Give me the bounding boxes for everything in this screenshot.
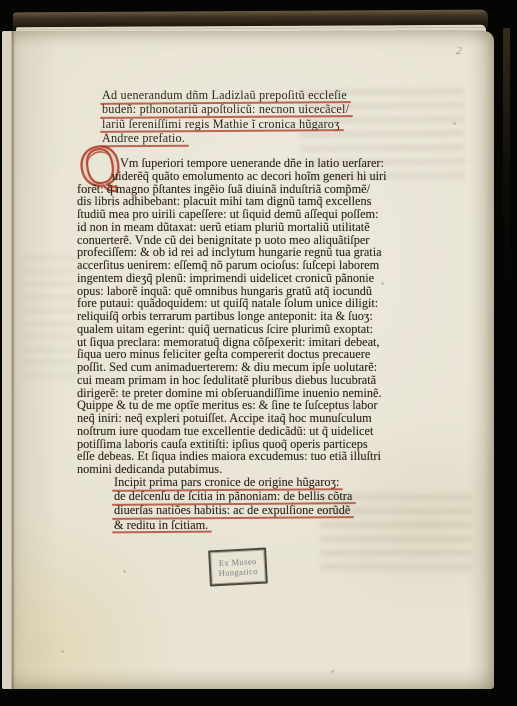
ghost-showthrough [22,256,77,386]
text-line: Incipit prima pars cronice de origine hũ… [114,475,352,489]
text-line: & reditu in ſcitiam. [114,518,352,532]
text-line: Andree prefatio. [102,131,349,145]
text-line: qualem uitam egerint: quiq̃ uernaticus ſ… [77,323,387,336]
text-line: uiderẽq̃ quãto emolumento ac decori hoĩm… [77,170,387,183]
text-line: lariũ ſereniſſimi regis Mathie ĩ cronica… [102,117,349,131]
text-line: de deſcenſu de ſcitia in pãnoniam: de be… [114,489,352,503]
text-line: id non in meam dũtaxat: uerũ etiam pluri… [77,221,387,234]
incipit-heading: Incipit prima pars cronice de origine hũ… [114,475,352,532]
text-line: noſtrum iure quodam tue excellentie dedi… [77,425,387,438]
folio-number: 2 [455,45,462,58]
stamp-text-line2: Hungarico [218,566,258,578]
book-cover-right-edge [503,28,510,288]
dedication-heading: Ad uenerandum dñm Ladizlaũ prepoſitũ ecc… [102,88,349,145]
body-text: Vm ſuperiori tempore uenerande dñe in la… [77,157,387,476]
text-line: ſtudiũ mea pro uirili capeſſere: ut ſiqu… [77,208,387,221]
paper-specks [2,31,3,32]
text-line: diuerſas natiões habitis: ac de expulſio… [114,503,352,517]
library-stamp: Ex Museo Hungarico [208,548,268,587]
text-line: ingentem dieʒq̃ plenũ: imprimendi uideli… [77,272,387,285]
photo-background: 2 Ad uenerandum dñm Ladizlaũ prepoſitũ e… [0,0,517,706]
text-line: Vm ſuperiori tempore uenerande dñe in la… [77,157,387,170]
text-line: poſſit. Sed cum animaduerterem: & diu me… [77,361,387,374]
text-line: cui meam primam in hoc ſedulitatẽ plurib… [77,374,387,387]
text-line: budeñ: pthonotariũ apoſtolicũ: necnon ui… [102,102,349,116]
gutter-shadow [2,31,17,689]
text-line: nomini dedicanda putabimus. [77,463,387,476]
text-line: accerſitus uenirem: eſſemq̃ nõ parum oci… [77,259,387,272]
text-line: neq̃ iniri: neq̃ expleri potuiſſet. Acci… [77,412,387,425]
text-line: reliquiſq̃ orbis terrarum partibus longe… [77,310,387,323]
text-line: Ad uenerandum dñm Ladizlaũ prepoſitũ ecc… [102,88,349,102]
page: 2 Ad uenerandum dñm Ladizlaũ prepoſitũ e… [2,31,494,689]
